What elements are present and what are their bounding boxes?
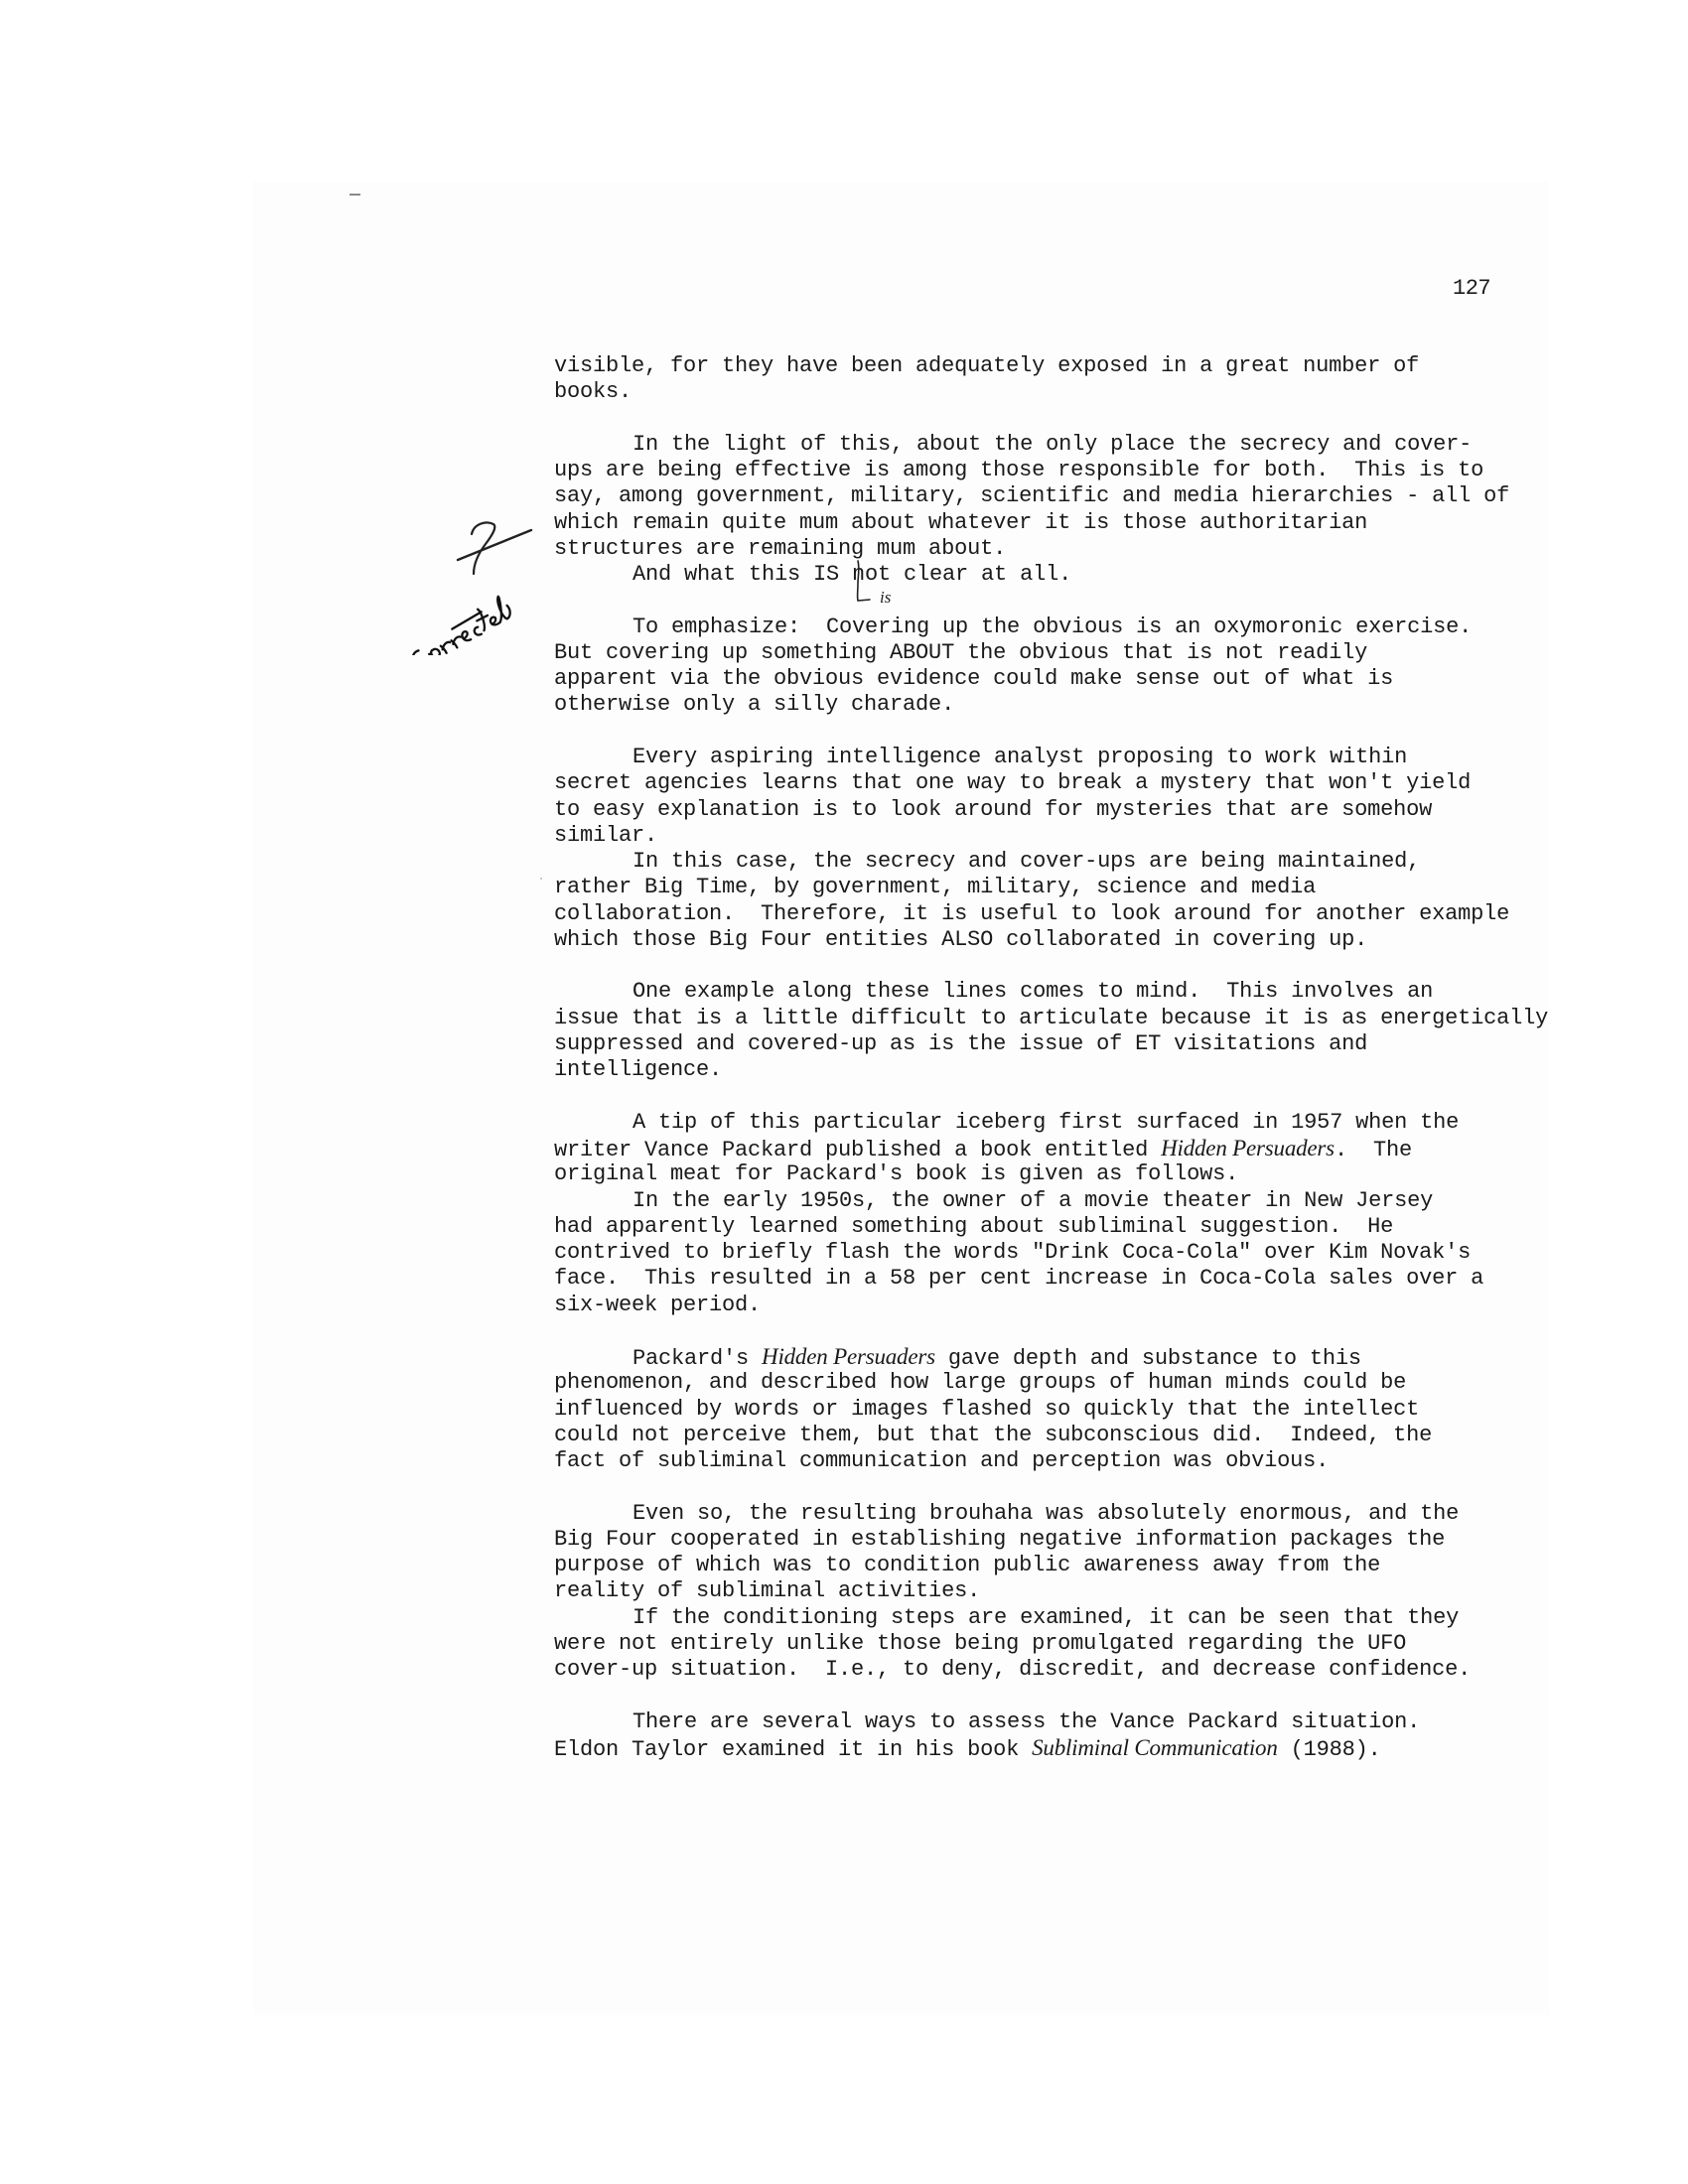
- text-run: To emphasize: Covering up the obvious is…: [633, 614, 1472, 639]
- text-run: which remain quite mum about whatever it…: [554, 510, 1367, 535]
- text-line: which remain quite mum about whatever it…: [554, 510, 1507, 536]
- text-run: reality of subliminal activities.: [554, 1578, 980, 1603]
- text-run: (1988).: [1278, 1737, 1381, 1762]
- text-run: collaboration. Therefore, it is useful t…: [554, 901, 1509, 926]
- text-run: Every aspiring intelligence analyst prop…: [633, 745, 1407, 769]
- text-run: visible, for they have been adequately e…: [554, 353, 1419, 378]
- text-line: otherwise only a silly charade.: [554, 692, 1507, 718]
- text-line: intelligence.: [554, 1057, 1507, 1083]
- text-line: phenomenon, and described how large grou…: [554, 1370, 1507, 1396]
- text-line: ups are being effective is among those r…: [554, 458, 1507, 483]
- blank-line: [554, 1083, 1507, 1109]
- text-line: issue that is a little difficult to arti…: [554, 1006, 1507, 1031]
- text-line: which those Big Four entities ALSO colla…: [554, 927, 1507, 953]
- text-line: visible, for they have been adequately e…: [554, 353, 1507, 379]
- text-run: apparent via the obvious evidence could …: [554, 666, 1393, 691]
- text-run: Big Four cooperated in establishing nega…: [554, 1527, 1445, 1552]
- text-line: contrived to briefly flash the words "Dr…: [554, 1240, 1507, 1266]
- book-title: Hidden Persuaders: [1161, 1136, 1335, 1160]
- text-line: to easy explanation is to look around fo…: [554, 797, 1507, 823]
- text-line: books.: [554, 379, 1507, 405]
- text-line: In the light of this, about the only pla…: [554, 432, 1507, 458]
- text-line: had apparently learned something about s…: [554, 1214, 1507, 1240]
- text-line: could not perceive them, but that the su…: [554, 1423, 1507, 1448]
- text-line: A tip of this particular iceberg first s…: [554, 1110, 1507, 1136]
- blank-line: [554, 1684, 1507, 1709]
- text-line: One example along these lines comes to m…: [554, 979, 1507, 1005]
- text-run: to easy explanation is to look around fo…: [554, 797, 1432, 822]
- text-run: had apparently learned something about s…: [554, 1214, 1393, 1239]
- text-line: purpose of which was to condition public…: [554, 1553, 1507, 1578]
- text-line: rather Big Time, by government, military…: [554, 875, 1507, 900]
- text-line: There are several ways to assess the Van…: [554, 1709, 1507, 1735]
- text-run: contrived to briefly flash the words "Dr…: [554, 1240, 1471, 1265]
- text-line: were not entirely unlike those being pro…: [554, 1631, 1507, 1657]
- text-run: Even so, the resulting brouhaha was abso…: [633, 1501, 1459, 1526]
- text-line: cover-up situation. I.e., to deny, discr…: [554, 1657, 1507, 1683]
- text-line: To emphasize: Covering up the obvious is…: [554, 614, 1507, 640]
- text-run: In this case, the secrecy and cover-ups …: [633, 849, 1420, 874]
- text-run: Eldon Taylor examined it in his book: [554, 1737, 1032, 1762]
- text-line: writer Vance Packard published a book en…: [554, 1136, 1507, 1161]
- text-run: issue that is a little difficult to arti…: [554, 1006, 1548, 1030]
- text-run: ups are being effective is among those r…: [554, 458, 1483, 482]
- body-text: visible, for they have been adequately e…: [554, 353, 1507, 1761]
- blank-line: [554, 719, 1507, 745]
- text-line: And what this IS not clear at all.: [554, 562, 1507, 588]
- scan-artifact-dash: [350, 194, 360, 196]
- text-run: say, among government, military, scienti…: [554, 483, 1509, 508]
- text-run: In the light of this, about the only pla…: [633, 432, 1472, 457]
- text-run: structures are remaining mum about.: [554, 536, 1006, 561]
- text-run: But covering up something ABOUT the obvi…: [554, 640, 1367, 665]
- text-run: influenced by words or images flashed so…: [554, 1397, 1419, 1422]
- text-line: Packard's Hidden Persuaders gave depth a…: [554, 1344, 1507, 1370]
- blank-line: [554, 1474, 1507, 1500]
- book-title: Hidden Persuaders: [762, 1344, 935, 1369]
- text-run: phenomenon, and described how large grou…: [554, 1370, 1406, 1395]
- text-run: books.: [554, 379, 632, 404]
- text-run: fact of subliminal communication and per…: [554, 1448, 1329, 1473]
- text-line: Big Four cooperated in establishing nega…: [554, 1527, 1507, 1553]
- text-run: rather Big Time, by government, military…: [554, 875, 1316, 899]
- text-line: secret agencies learns that one way to b…: [554, 770, 1507, 796]
- text-run: If the conditioning steps are examined, …: [633, 1605, 1459, 1630]
- blank-line: [554, 406, 1507, 432]
- text-run: Packard's: [633, 1346, 762, 1371]
- blank-line: [554, 588, 1507, 614]
- text-run: similar.: [554, 823, 657, 848]
- text-run: suppressed and covered-up as is the issu…: [554, 1031, 1367, 1056]
- text-run: could not perceive them, but that the su…: [554, 1423, 1432, 1447]
- text-run: writer Vance Packard published a book en…: [554, 1138, 1161, 1162]
- text-line: six-week period.: [554, 1293, 1507, 1318]
- text-line: But covering up something ABOUT the obvi…: [554, 640, 1507, 666]
- text-run: face. This resulted in a 58 per cent inc…: [554, 1266, 1483, 1291]
- text-line: In the early 1950s, the owner of a movie…: [554, 1188, 1507, 1214]
- text-line: Even so, the resulting brouhaha was abso…: [554, 1501, 1507, 1527]
- text-line: similar.: [554, 823, 1507, 849]
- text-line: Every aspiring intelligence analyst prop…: [554, 745, 1507, 770]
- blank-line: [554, 1318, 1507, 1344]
- text-line: In this case, the secrecy and cover-ups …: [554, 849, 1507, 875]
- blank-line: [554, 953, 1507, 979]
- text-run: intelligence.: [554, 1057, 722, 1082]
- text-run: A tip of this particular iceberg first s…: [633, 1110, 1459, 1135]
- text-line: suppressed and covered-up as is the issu…: [554, 1031, 1507, 1057]
- text-run: were not entirely unlike those being pro…: [554, 1631, 1406, 1656]
- text-run: which those Big Four entities ALSO colla…: [554, 927, 1367, 952]
- text-run: And what this IS not clear at all.: [633, 562, 1071, 587]
- scan-artifact-dot: [540, 878, 542, 880]
- book-title: Subliminal Communication: [1032, 1735, 1278, 1760]
- text-run: otherwise only a silly charade.: [554, 692, 954, 717]
- text-line: influenced by words or images flashed so…: [554, 1397, 1507, 1423]
- text-run: original meat for Packard's book is give…: [554, 1161, 1238, 1186]
- text-run: . The: [1335, 1138, 1412, 1162]
- text-run: There are several ways to assess the Van…: [633, 1709, 1420, 1734]
- page-number: 127: [1453, 276, 1490, 302]
- text-line: say, among government, military, scienti…: [554, 483, 1507, 509]
- text-line: If the conditioning steps are examined, …: [554, 1605, 1507, 1631]
- text-run: One example along these lines comes to m…: [633, 979, 1433, 1004]
- text-run: six-week period.: [554, 1293, 761, 1317]
- text-run: cover-up situation. I.e., to deny, discr…: [554, 1657, 1471, 1682]
- text-run: secret agencies learns that one way to b…: [554, 770, 1471, 795]
- text-line: reality of subliminal activities.: [554, 1578, 1507, 1604]
- text-line: fact of subliminal communication and per…: [554, 1448, 1507, 1474]
- text-run: gave depth and substance to this: [935, 1346, 1361, 1371]
- text-line: original meat for Packard's book is give…: [554, 1161, 1507, 1187]
- text-line: apparent via the obvious evidence could …: [554, 666, 1507, 692]
- text-line: collaboration. Therefore, it is useful t…: [554, 901, 1507, 927]
- text-line: face. This resulted in a 58 per cent inc…: [554, 1266, 1507, 1292]
- text-run: purpose of which was to condition public…: [554, 1553, 1380, 1577]
- text-line: structures are remaining mum about.: [554, 536, 1507, 562]
- text-line: Eldon Taylor examined it in his book Sub…: [554, 1735, 1507, 1761]
- text-run: In the early 1950s, the owner of a movie…: [633, 1188, 1433, 1213]
